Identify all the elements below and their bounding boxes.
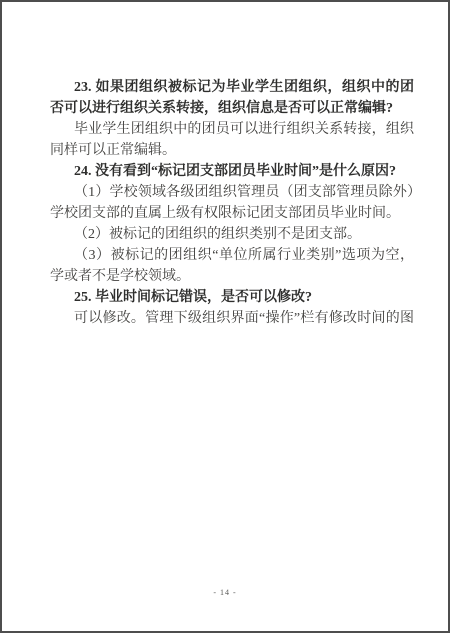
answer-line: 毕业学生团组织中的团员可以进行组织关系转接，组织信息 xyxy=(50,119,414,140)
answer-line: 学或者不是学校领域。 xyxy=(50,266,414,287)
document-body: 23. 如果团组织被标记为毕业学生团组织，组织中的团员是否可以进行组织关系转接，… xyxy=(50,77,414,329)
answer-line: （3）被标记的团组织“单位所属行业类别”选项为空，小 xyxy=(50,245,414,266)
question-line: 否可以进行组织关系转接，组织信息是否可以正常编辑? xyxy=(50,98,414,119)
question-line: 25. 毕业时间标记错误，是否可以修改? xyxy=(50,287,414,308)
page-number: - 14 - xyxy=(2,588,448,597)
document-page: 23. 如果团组织被标记为毕业学生团组织，组织中的团员是否可以进行组织关系转接，… xyxy=(0,0,450,633)
question-line: 24. 没有看到“标记团支部团员毕业时间”是什么原因? xyxy=(50,161,414,182)
answer-line: （2）被标记的团组织的组织类别不是团支部。 xyxy=(50,224,414,245)
answer-line: 同样可以正常编辑。 xyxy=(50,140,414,161)
answer-line: （1）学校领域各级团组织管理员（团支部管理员除外）和 xyxy=(50,182,414,203)
question-line: 23. 如果团组织被标记为毕业学生团组织，组织中的团员是 xyxy=(50,77,414,98)
answer-line: 学校团支部的直属上级有权限标记团支部团员毕业时间。 xyxy=(50,203,414,224)
answer-line: 可以修改。管理下级组织界面“操作”栏有修改时间的图标。 xyxy=(50,308,414,329)
